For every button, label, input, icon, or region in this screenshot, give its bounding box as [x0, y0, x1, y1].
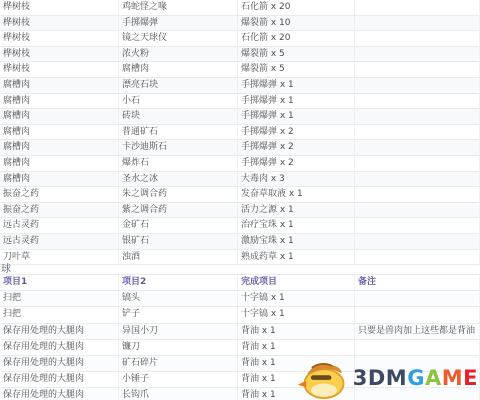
cell-result: 手掷爆弹 x 1 — [238, 78, 355, 93]
combo-table-row: 桦树枝手掷爆弹爆裂箭 x 10 — [0, 16, 479, 32]
combo-table-row: 腐槽肉圣水之冰大毒肉 x 3 — [0, 172, 479, 188]
combo-table-row: 远古灵药银矿石激励宝珠 x 1 — [0, 234, 479, 250]
brand-game: GAME — [407, 366, 478, 390]
cell-notes — [355, 16, 479, 31]
cell-item2: 鸡蛇怪之喙 — [119, 0, 238, 15]
cell-notes — [355, 94, 479, 109]
cell-item2: 矿石碎片 — [119, 356, 238, 371]
combo-table-row: 振奋之药朱之调合药发奋草取液 x 1 — [0, 187, 479, 203]
tools-table-header-row: 项目1项目2完成项目备注 — [0, 274, 479, 291]
cell-item1: 腐槽肉 — [0, 125, 119, 140]
cell-notes — [355, 203, 479, 218]
cell-item2: 漂亮石块 — [119, 78, 238, 93]
cell-result: 大毒肉 x 3 — [238, 172, 355, 187]
tools-table-row: 保存用处理的大腿肉异国小刀背油 x 1只要是兽肉加上这些都是背油 — [0, 324, 479, 340]
cell-item2: 镐头 — [119, 291, 238, 306]
cell-notes — [355, 140, 479, 155]
cell-result: 手掷爆弹 x 2 — [238, 140, 355, 155]
cell-item2: 铲子 — [119, 307, 238, 322]
combo-table-row: 腐槽肉普通矿石手掷爆弹 x 2 — [0, 125, 479, 141]
cell-item1: 腐槽肉 — [0, 109, 119, 124]
combo-table-row: 远古灵药金矿石治疗宝珠 x 1 — [0, 218, 479, 234]
cell-item1: 桦树枝 — [0, 47, 119, 62]
watermark: 3DMGAME — [295, 358, 478, 398]
tools-table-row: 扫把铲子十字镐 x 1 — [0, 307, 479, 323]
cell-item2: 手掷爆弹 — [119, 16, 238, 31]
header-cell-item1: 项目1 — [0, 275, 119, 290]
cell-item1: 腐槽肉 — [0, 78, 119, 93]
cell-item2: 砖块 — [119, 109, 238, 124]
cell-item2: 浓火粉 — [119, 47, 238, 62]
cell-result: 石化箭 x 20 — [238, 0, 355, 15]
cell-item1: 振奋之药 — [0, 187, 119, 202]
combo-table-row: 腐槽肉小石手掷爆弹 x 1 — [0, 94, 479, 110]
cell-notes — [355, 340, 479, 355]
cell-item1: 腐槽肉 — [0, 140, 119, 155]
cell-item1: 桦树枝 — [0, 0, 119, 15]
cell-item1: 保存用处理的大腿肉 — [0, 356, 119, 371]
cell-notes — [355, 307, 479, 322]
cell-notes — [355, 234, 479, 249]
cell-result: 爆裂箭 x 10 — [238, 16, 355, 31]
cell-notes — [355, 250, 479, 265]
cell-item2: 小锤子 — [119, 372, 238, 387]
cell-notes — [355, 62, 479, 77]
cell-item1: 刀叶草 — [0, 250, 119, 265]
cell-item2: 镜之天球仪 — [119, 31, 238, 46]
cell-result: 发奋草取液 x 1 — [238, 187, 355, 202]
cell-item1: 保存用处理的大腿肉 — [0, 388, 119, 400]
cell-item1: 振奋之药 — [0, 203, 119, 218]
cell-result: 手掷爆弹 x 2 — [238, 156, 355, 171]
cell-result: 爆裂箭 x 5 — [238, 62, 355, 77]
brand-letter: A — [425, 366, 442, 390]
cell-result: 手掷爆弹 x 1 — [238, 109, 355, 124]
combo-table-row: 腐槽肉漂亮石块手掷爆弹 x 1 — [0, 78, 479, 94]
cell-item2: 紫之调合药 — [119, 203, 238, 218]
combo-table-row: 桦树枝腐槽肉爆裂箭 x 5 — [0, 62, 479, 78]
combo-table-row: 腐槽肉爆炸石手掷爆弹 x 2 — [0, 156, 479, 172]
brand-letter: G — [407, 366, 425, 390]
cell-item2: 卡沙迪斯石 — [119, 140, 238, 155]
cell-item1: 腐槽肉 — [0, 172, 119, 187]
cell-notes: 只要是兽肉加上这些都是背油 — [355, 324, 479, 339]
cell-notes — [355, 47, 479, 62]
cell-notes — [355, 218, 479, 233]
cell-item1: 扫把 — [0, 291, 119, 306]
cell-item2: 圣水之冰 — [119, 172, 238, 187]
cell-item1: 桦树枝 — [0, 16, 119, 31]
cell-result: 活力之源 x 1 — [238, 203, 355, 218]
cell-result: 治疗宝珠 x 1 — [238, 218, 355, 233]
combo-table-row: 刀叶草浊酒熟成药草 x 1 — [0, 250, 479, 266]
cell-item2: 异国小刀 — [119, 324, 238, 339]
cell-result: 手掷爆弹 x 2 — [238, 125, 355, 140]
cell-result: 背油 x 1 — [238, 340, 355, 355]
cell-item1: 保存用处理的大腿肉 — [0, 324, 119, 339]
combo-table-row: 桦树枝浓火粉爆裂箭 x 5 — [0, 47, 479, 63]
cell-result: 熟成药草 x 1 — [238, 250, 355, 265]
cell-notes — [355, 187, 479, 202]
brand-letter: E — [463, 366, 478, 390]
cell-result: 十字镐 x 1 — [238, 291, 355, 306]
cell-result: 石化箭 x 20 — [238, 31, 355, 46]
tools-table-row: 扫把镐头十字镐 x 1 — [0, 291, 479, 307]
cell-notes — [355, 109, 479, 124]
brand-3dm: 3DM — [353, 366, 407, 390]
cell-notes — [355, 156, 479, 171]
cell-notes — [355, 125, 479, 140]
brand-letter: M — [442, 366, 463, 390]
cell-item2: 银矿石 — [119, 234, 238, 249]
cell-item2: 腐槽肉 — [119, 62, 238, 77]
cell-notes — [355, 291, 479, 306]
cell-result: 十字镐 x 1 — [238, 307, 355, 322]
cell-result: 背油 x 1 — [238, 324, 355, 339]
cell-item1: 腐槽肉 — [0, 94, 119, 109]
cell-item1: 桦树枝 — [0, 31, 119, 46]
cell-notes — [355, 172, 479, 187]
brand-text: 3DMGAME — [353, 366, 478, 390]
cell-notes — [355, 0, 479, 15]
tools-table-row: 保存用处理的大腿肉镰刀背油 x 1 — [0, 340, 479, 356]
combo-table-row: 腐槽肉砖块手掷爆弹 x 1 — [0, 109, 479, 125]
cell-item1: 保存用处理的大腿肉 — [0, 372, 119, 387]
cell-item1: 远古灵药 — [0, 234, 119, 249]
header-cell-notes: 备注 — [355, 275, 479, 290]
cell-item2: 普通矿石 — [119, 125, 238, 140]
cell-item2: 镰刀 — [119, 340, 238, 355]
cell-result: 手掷爆弹 x 1 — [238, 94, 355, 109]
cell-notes — [355, 78, 479, 93]
cell-item1: 保存用处理的大腿肉 — [0, 340, 119, 355]
cell-result: 激励宝珠 x 1 — [238, 234, 355, 249]
cell-item2: 金矿石 — [119, 218, 238, 233]
combo-table-row: 桦树枝镜之天球仪石化箭 x 20 — [0, 31, 479, 47]
combo-table: 桦树枝鸡蛇怪之喙石化箭 x 20桦树枝手掷爆弹爆裂箭 x 10桦树枝镜之天球仪石… — [0, 0, 480, 265]
chick-mascot-icon — [295, 358, 351, 400]
cell-item1: 腐槽肉 — [0, 156, 119, 171]
cell-result: 爆裂箭 x 5 — [238, 47, 355, 62]
cell-item2: 小石 — [119, 94, 238, 109]
combo-table-row: 腐槽肉卡沙迪斯石手掷爆弹 x 2 — [0, 140, 479, 156]
header-cell-result: 完成项目 — [238, 275, 355, 290]
cell-item1: 桦树枝 — [0, 62, 119, 77]
cell-item2: 长钩爪 — [119, 388, 238, 400]
combo-table-row: 振奋之药紫之调合药活力之源 x 1 — [0, 203, 479, 219]
cell-item1: 远古灵药 — [0, 218, 119, 233]
combo-table-row: 桦树枝鸡蛇怪之喙石化箭 x 20 — [0, 0, 479, 16]
cell-item2: 爆炸石 — [119, 156, 238, 171]
header-cell-item2: 项目2 — [119, 275, 238, 290]
cell-item2: 浊酒 — [119, 250, 238, 265]
cell-item1: 扫把 — [0, 307, 119, 322]
cell-notes — [355, 31, 479, 46]
cell-item2: 朱之调合药 — [119, 187, 238, 202]
section-title-fragment: 球 — [1, 260, 11, 275]
